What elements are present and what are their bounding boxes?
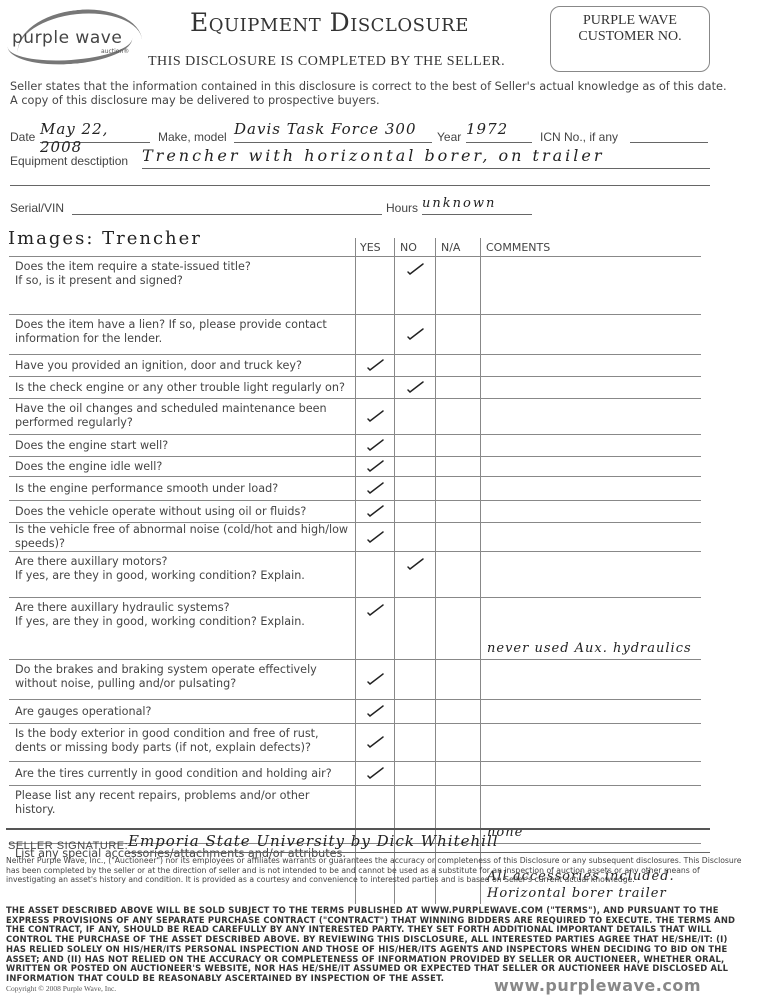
comment-text: never used Aux. hydraulics (487, 640, 757, 657)
date-field[interactable]: May 22, 2008 (40, 120, 150, 143)
question-cell: Does the engine start well? (9, 435, 356, 457)
yes-header: YES (356, 238, 395, 257)
comment-field[interactable] (481, 477, 702, 501)
na-checkbox[interactable] (436, 457, 481, 477)
yes-checkbox[interactable] (356, 523, 395, 552)
check-mark-icon (365, 734, 385, 748)
table-row: Does the engine idle well? (9, 457, 701, 477)
check-mark-icon (365, 703, 385, 717)
purple-wave-logo: purple wave auction® (6, 10, 146, 58)
description-field[interactable]: Trencher with horizontal borer, on trail… (142, 146, 710, 169)
question-text: Have you provided an ignition, door and … (15, 359, 355, 373)
yes-checkbox[interactable] (356, 700, 395, 724)
no-checkbox[interactable] (395, 762, 436, 786)
comment-field[interactable] (481, 399, 702, 435)
check-mark-icon (365, 357, 385, 371)
na-checkbox[interactable] (436, 598, 481, 660)
table-row: Does the vehicle operate without using o… (9, 501, 701, 523)
question-text: Are there auxillary hydraulic systems? (15, 601, 355, 615)
comment-field[interactable]: never used Aux. hydraulics (481, 598, 702, 660)
check-mark-icon (365, 734, 385, 748)
intro-line-1: Seller states that the information conta… (10, 80, 727, 94)
question-subtext: information for the lender. (15, 332, 355, 346)
check-mark-icon (365, 480, 385, 494)
na-checkbox[interactable] (436, 477, 481, 501)
question-text: Please list any recent repairs, problems… (15, 789, 355, 803)
no-checkbox[interactable] (395, 598, 436, 660)
make-model-label: Make, model (158, 130, 227, 144)
yes-checkbox[interactable] (356, 377, 395, 399)
check-mark-icon (365, 458, 385, 472)
make-model-field[interactable]: Davis Task Force 300 (234, 120, 432, 143)
copyright: Copyright © 2008 Purple Wave, Inc. (6, 984, 116, 993)
question-cell: Are there auxillary hydraulic systems?If… (9, 598, 356, 660)
no-checkbox[interactable] (395, 660, 436, 700)
hours-label: Hours (386, 201, 418, 215)
check-mark-icon (405, 556, 425, 570)
no-checkbox[interactable] (395, 257, 436, 315)
no-checkbox[interactable] (395, 700, 436, 724)
table-row: Is the body exterior in good condition a… (9, 724, 701, 762)
na-checkbox[interactable] (436, 660, 481, 700)
check-mark-icon (365, 671, 385, 685)
intro-statement: Seller states that the information conta… (10, 80, 727, 108)
yes-checkbox[interactable] (356, 501, 395, 523)
check-mark-icon (365, 408, 385, 422)
table-row: Is the engine performance smooth under l… (9, 477, 701, 501)
na-checkbox[interactable] (436, 355, 481, 377)
check-mark-icon (365, 357, 385, 371)
icn-field[interactable] (630, 128, 708, 143)
question-subtext: If yes, are they in good, working condit… (15, 569, 355, 583)
yes-checkbox[interactable] (356, 762, 395, 786)
comment-field[interactable] (481, 700, 702, 724)
question-subtext: If so, is it present and signed? (15, 274, 355, 288)
na-checkbox[interactable] (436, 700, 481, 724)
comment-field[interactable] (481, 435, 702, 457)
yes-checkbox[interactable] (356, 399, 395, 435)
na-header: N/A (436, 238, 481, 257)
no-checkbox[interactable] (395, 355, 436, 377)
comment-field[interactable] (481, 501, 702, 523)
no-checkbox[interactable] (395, 457, 436, 477)
question-text: Does the item require a state-issued tit… (15, 260, 355, 274)
comment-field[interactable] (481, 457, 702, 477)
logo-text: purple wave (12, 28, 122, 48)
yes-checkbox[interactable] (356, 355, 395, 377)
question-text: Does the vehicle operate without using o… (15, 505, 355, 519)
comment-field[interactable] (481, 377, 702, 399)
question-text: Is the body exterior in good condition a… (15, 727, 355, 741)
intro-line-2: A copy of this disclosure may be deliver… (10, 94, 727, 108)
terms-text: THE ASSET DESCRIBED ABOVE WILL BE SOLD S… (6, 906, 746, 984)
table-row: Do the brakes and braking system operate… (9, 660, 701, 700)
customer-box-label-2: CUSTOMER NO. (551, 29, 709, 45)
question-cell: Does the vehicle operate without using o… (9, 501, 356, 523)
comment-field[interactable] (481, 315, 702, 355)
check-mark-icon (365, 602, 385, 616)
table-row: Does the item require a state-issued tit… (9, 257, 701, 315)
question-header (9, 238, 356, 257)
question-subtext: history. (15, 803, 355, 817)
table-row: Does the engine start well? (9, 435, 701, 457)
question-subtext: If yes, are they in good, working condit… (15, 615, 355, 629)
na-checkbox[interactable] (436, 552, 481, 598)
question-text: Do the brakes and braking system operate… (15, 663, 355, 677)
question-text: Are there auxillary motors? (15, 555, 355, 569)
comment-field[interactable] (481, 257, 702, 315)
na-checkbox[interactable] (436, 377, 481, 399)
check-mark-icon (405, 379, 425, 393)
check-mark-icon (365, 671, 385, 685)
signature-divider (6, 828, 710, 830)
hours-field[interactable]: unknown (422, 196, 532, 215)
na-checkbox[interactable] (436, 762, 481, 786)
yes-checkbox[interactable] (356, 724, 395, 762)
question-cell: Does the item have a lien? If so, please… (9, 315, 356, 355)
no-checkbox[interactable] (395, 552, 436, 598)
na-checkbox[interactable] (436, 399, 481, 435)
signature-label: SELLER SIGNATURE: (8, 840, 128, 852)
check-mark-icon (405, 261, 425, 275)
check-mark-icon (365, 503, 385, 517)
question-cell: Have you provided an ignition, door and … (9, 355, 356, 377)
question-text: Is the engine performance smooth under l… (15, 482, 355, 496)
question-cell: Does the engine idle well? (9, 457, 356, 477)
check-mark-icon (365, 480, 385, 494)
na-checkbox[interactable] (436, 315, 481, 355)
table-row: Are the tires currently in good conditio… (9, 762, 701, 786)
comment-field[interactable] (481, 724, 702, 762)
serial-field[interactable] (72, 200, 382, 215)
yes-checkbox[interactable] (356, 257, 395, 315)
check-mark-icon (365, 703, 385, 717)
description-label: Equipment desctiption (10, 154, 128, 168)
table-row: Is the check engine or any other trouble… (9, 377, 701, 399)
customer-number-box[interactable]: PURPLE WAVE CUSTOMER NO. (550, 6, 710, 72)
comment-field[interactable] (481, 552, 702, 598)
question-text: Is the check engine or any other trouble… (15, 381, 355, 395)
table-row: Does the item have a lien? If so, please… (9, 315, 701, 355)
comment-field[interactable] (481, 762, 702, 786)
table-row: Have the oil changes and scheduled maint… (9, 399, 701, 435)
question-cell: Have the oil changes and scheduled maint… (9, 399, 356, 435)
comment-field[interactable] (481, 355, 702, 377)
question-cell: Are gauges operational? (9, 700, 356, 724)
no-checkbox[interactable] (395, 399, 436, 435)
question-text: Have the oil changes and scheduled maint… (15, 402, 355, 416)
check-mark-icon (365, 437, 385, 451)
yes-checkbox[interactable] (356, 660, 395, 700)
comment-field[interactable] (481, 523, 702, 552)
check-mark-icon (365, 503, 385, 517)
question-subtext: performed regularly? (15, 416, 355, 430)
check-mark-icon (405, 379, 425, 393)
yes-checkbox[interactable] (356, 315, 395, 355)
check-mark-icon (405, 326, 425, 340)
question-cell: Are there auxillary motors?If yes, are t… (9, 552, 356, 598)
question-cell: Is the engine performance smooth under l… (9, 477, 356, 501)
no-checkbox[interactable] (395, 477, 436, 501)
check-mark-icon (365, 529, 385, 543)
check-mark-icon (405, 326, 425, 340)
check-mark-icon (365, 408, 385, 422)
date-label: Date (10, 130, 35, 144)
question-text: Are the tires currently in good conditio… (15, 767, 355, 781)
question-cell: Is the body exterior in good condition a… (9, 724, 356, 762)
no-header: NO (395, 238, 436, 257)
website-link[interactable]: www.purplewave.com (494, 976, 701, 995)
question-cell: Do the brakes and braking system operate… (9, 660, 356, 700)
page-title: Equipment Disclosure (190, 8, 469, 37)
question-cell: Is the check engine or any other trouble… (9, 377, 356, 399)
yes-checkbox[interactable] (356, 552, 395, 598)
yes-checkbox[interactable] (356, 457, 395, 477)
table-row: Are there auxillary motors?If yes, are t… (9, 552, 701, 598)
question-subtext: without noise, pulling and/or pulsating? (15, 677, 355, 691)
customer-box-label-1: PURPLE WAVE (551, 13, 709, 29)
na-checkbox[interactable] (436, 257, 481, 315)
yes-checkbox[interactable] (356, 598, 395, 660)
year-field[interactable]: 1972 (466, 120, 532, 143)
table-row: Are gauges operational? (9, 700, 701, 724)
check-mark-icon (365, 765, 385, 779)
question-subtext: dents or missing body parts (if not, exp… (15, 741, 355, 755)
table-row: Have you provided an ignition, door and … (9, 355, 701, 377)
comment-field[interactable] (481, 660, 702, 700)
check-mark-icon (365, 602, 385, 616)
no-checkbox[interactable] (395, 315, 436, 355)
page-subtitle: THIS DISCLOSURE IS COMPLETED BY THE SELL… (148, 54, 505, 70)
signature-field[interactable]: Emporia State University by Dick Whitehi… (128, 832, 710, 853)
question-cell: Does the item require a state-issued tit… (9, 257, 356, 315)
check-mark-icon (405, 556, 425, 570)
question-cell: Are the tires currently in good conditio… (9, 762, 356, 786)
check-mark-icon (365, 437, 385, 451)
check-mark-icon (365, 529, 385, 543)
description-line-2[interactable] (10, 184, 710, 186)
na-checkbox[interactable] (436, 435, 481, 457)
na-checkbox[interactable] (436, 523, 481, 552)
no-checkbox[interactable] (395, 377, 436, 399)
na-checkbox[interactable] (436, 501, 481, 523)
no-checkbox[interactable] (395, 435, 436, 457)
question-text: Does the engine start well? (15, 439, 355, 453)
no-checkbox[interactable] (395, 724, 436, 762)
icn-label: ICN No., if any (540, 130, 618, 144)
check-mark-icon (365, 458, 385, 472)
check-mark-icon (405, 261, 425, 275)
no-checkbox[interactable] (395, 523, 436, 552)
disclosure-questions-table: YES NO N/A COMMENTS Does the item requir… (9, 238, 701, 904)
na-checkbox[interactable] (436, 724, 481, 762)
question-cell: Is the vehicle free of abnormal noise (c… (9, 523, 356, 552)
question-text: Does the engine idle well? (15, 460, 355, 474)
question-text: Is the vehicle free of abnormal noise (c… (15, 523, 355, 551)
question-text: Are gauges operational? (15, 705, 355, 719)
year-label: Year (437, 130, 461, 144)
table-row: Are there auxillary hydraulic systems?If… (9, 598, 701, 660)
serial-label: Serial/VIN (10, 201, 64, 215)
check-mark-icon (365, 765, 385, 779)
table-row: Is the vehicle free of abnormal noise (c… (9, 523, 701, 552)
question-text: Does the item have a lien? If so, please… (15, 318, 355, 332)
comments-header: COMMENTS (481, 238, 702, 257)
yes-checkbox[interactable] (356, 435, 395, 457)
no-checkbox[interactable] (395, 501, 436, 523)
logo-subtext: auction® (101, 48, 129, 55)
disclaimer-text: Neither Purple Wave, Inc., ("Auctioneer"… (6, 856, 746, 885)
yes-checkbox[interactable] (356, 477, 395, 501)
